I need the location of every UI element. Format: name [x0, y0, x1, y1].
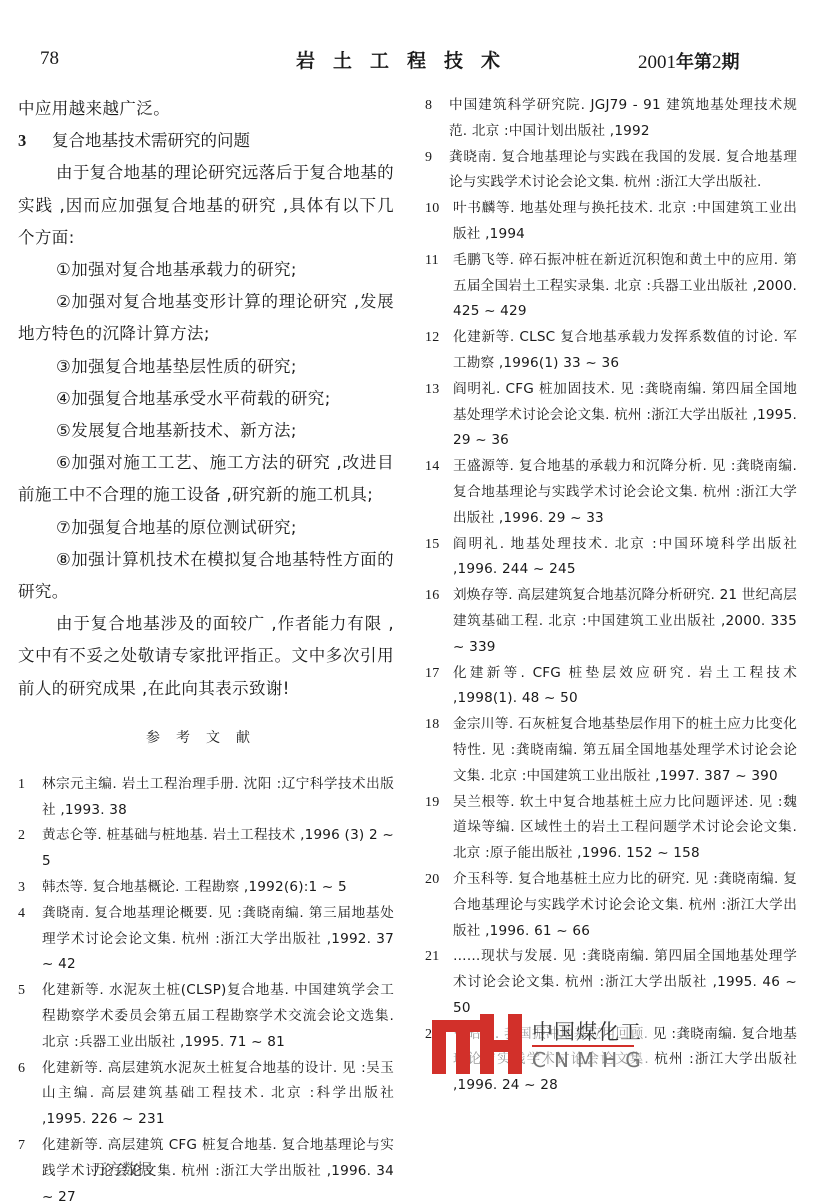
section-heading: 3复合地基技术需研究的问题 — [18, 125, 394, 157]
wanfang-watermark: 万方数据 — [92, 1158, 152, 1179]
reference-item: 5化建新等. 水泥灰土桩(CLSP)复合地基. 中国建筑学会工程勘察学术委员会第… — [18, 978, 394, 1055]
reference-item: 13阎明礼. CFG 桩加固技术. 见 :龚晓南编. 第四届全国地基处理学术讨论… — [425, 377, 797, 454]
page-header: 78 岩土工程技术 2001年第2期 — [0, 48, 830, 78]
reference-item: 15阎明礼. 地基处理技术. 北京 :中国环境科学出版社 ,1996. 244 … — [425, 532, 797, 584]
reference-item: 2黄志仑等. 桩基础与桩地基. 岩土工程技术 ,1996 (3) 2 ~ 5 — [18, 823, 394, 875]
reference-text: 阎明礼. 地基处理技术. 北京 :中国环境科学出版社 ,1996. 244 ~ … — [453, 536, 797, 578]
section-number: 3 — [18, 125, 52, 157]
reference-text: 龚晓南. 复合地基理论概要. 见 :龚晓南编. 第三届地基处理学术讨论会论文集.… — [42, 905, 394, 973]
reference-number: 14 — [425, 454, 439, 480]
reference-item: 18金宗川等. 石灰桩复合地基垫层作用下的桩土应力比变化特性. 见 :龚晓南编.… — [425, 712, 797, 789]
reference-item: 1林宗元主编. 岩土工程治理手册. 沈阳 :辽宁科学技术出版社 ,1993. 3… — [18, 772, 394, 824]
reference-number: 5 — [18, 978, 25, 1004]
reference-text: ……现状与发展. 见 :龚晓南编. 第四届全国地基处理学术讨论会论文集. 杭州 … — [453, 948, 797, 1016]
reference-text: 刘焕存等. 高层建筑复合地基沉降分析研究. 21 世纪高层建筑基础工程. 北京 … — [453, 587, 797, 655]
reference-number: 1 — [18, 772, 25, 798]
reference-number: 13 — [425, 377, 439, 403]
journal-title: 岩土工程技术 — [296, 46, 518, 73]
reference-number: 7 — [18, 1133, 25, 1159]
logo-divider — [532, 1045, 634, 1047]
mh-logo-icon — [432, 1014, 522, 1074]
reference-item: 14王盛源等. 复合地基的承载力和沉降分析. 见 :龚晓南编. 复合地基理论与实… — [425, 454, 797, 531]
reference-item: 17化建新等. CFG 桩垫层效应研究. 岩土工程技术 ,1998(1). 48… — [425, 661, 797, 713]
reference-item: 12化建新等. CLSC 复合地基承载力发挥系数值的讨论. 军工勘察 ,1996… — [425, 325, 797, 377]
reference-item: 4龚晓南. 复合地基理论概要. 见 :龚晓南编. 第三届地基处理学术讨论会论文集… — [18, 901, 394, 978]
reference-number: 10 — [425, 196, 439, 222]
research-item-1: ①加强对复合地基承载力的研究; — [18, 254, 394, 286]
reference-item: 20介玉科等. 复合地基桩土应力比的研究. 见 :龚晓南编. 复合地基理论与实践… — [425, 867, 797, 944]
reference-item: 11毛鹏飞等. 碎石振冲桩在新近沉积饱和黄土中的应用. 第五届全国岩土工程实录集… — [425, 248, 797, 325]
reference-text: 介玉科等. 复合地基桩土应力比的研究. 见 :龚晓南编. 复合地基理论与实践学术… — [453, 871, 797, 939]
reference-text: 中国建筑科学研究院. JGJ79 - 91 建筑地基处理技术规范. 北京 :中国… — [449, 97, 797, 139]
reference-item: 7化建新等. 高层建筑 CFG 桩复合地基. 复合地基理论与实践学术讨论会论文集… — [18, 1133, 394, 1203]
reference-item: 10叶书麟等. 地基处理与换托技术. 北京 :中国建筑工业出版社 ,1994 — [425, 196, 797, 248]
research-item-3: ③加强复合地基垫层性质的研究; — [18, 351, 394, 383]
reference-text: 化建新等. CFG 桩垫层效应研究. 岩土工程技术 ,1998(1). 48 ~… — [453, 665, 797, 707]
reference-number: 19 — [425, 790, 439, 816]
issue-label-year: 年第 — [676, 52, 712, 73]
reference-text: 化建新等. CLSC 复合地基承载力发挥系数值的讨论. 军工勘察 ,1996(1… — [453, 329, 797, 371]
reference-text: 黄志仑等. 桩基础与桩地基. 岩土工程技术 ,1996 (3) 2 ~ 5 — [42, 827, 394, 869]
reference-text: 阎明礼. CFG 桩加固技术. 见 :龚晓南编. 第四届全国地基处理学术讨论会论… — [453, 381, 797, 449]
reference-number: 20 — [425, 867, 439, 893]
reference-number: 18 — [425, 712, 439, 738]
page-number: 78 — [40, 48, 59, 70]
issue-label-period: 期 — [722, 52, 740, 73]
reference-item: 16刘焕存等. 高层建筑复合地基沉降分析研究. 21 世纪高层建筑基础工程. 北… — [425, 583, 797, 660]
reference-item: 8中国建筑科学研究院. JGJ79 - 91 建筑地基处理技术规范. 北京 :中… — [425, 93, 797, 145]
reference-text: 毛鹏飞等. 碎石振冲桩在新近沉积饱和黄土中的应用. 第五届全国岩土工程实录集. … — [453, 252, 797, 320]
reference-number: 2 — [18, 823, 25, 849]
reference-text: 叶书麟等. 地基处理与换托技术. 北京 :中国建筑工业出版社 ,1994 — [453, 200, 797, 242]
reference-text: 韩杰等. 复合地基概论. 工程勘察 ,1992(6):1 ~ 5 — [42, 879, 347, 895]
research-item-4: ④加强复合地基承受水平荷载的研究; — [18, 383, 394, 415]
reference-text: 化建新等. 水泥灰土桩(CLSP)复合地基. 中国建筑学会工程勘察学术委员会第五… — [42, 982, 394, 1050]
reference-item: 6化建新等. 高层建筑水泥灰土桩复合地基的设计. 见 :吴玉山主编. 高层建筑基… — [18, 1056, 394, 1133]
right-column: 8中国建筑科学研究院. JGJ79 - 91 建筑地基处理技术规范. 北京 :中… — [425, 93, 797, 1099]
reference-number: 8 — [425, 93, 432, 119]
reference-number: 15 — [425, 532, 439, 558]
reference-text: 龚晓南. 复合地基理论与实践在我国的发展. 复合地基理论与实践学术讨论会论文集.… — [449, 149, 797, 191]
continuation-paragraph: 中应用越来越广泛。 — [18, 93, 394, 125]
reference-number: 4 — [18, 901, 25, 927]
research-item-5: ⑤发展复合地基新技术、新方法; — [18, 415, 394, 447]
research-item-2: ②加强对复合地基变形计算的理论研究 ,发展地方特色的沉降计算方法; — [18, 286, 394, 350]
cnmhg-logo: 中国煤化工 CNMHG — [432, 1014, 652, 1074]
reference-text: 林宗元主编. 岩土工程治理手册. 沈阳 :辽宁科学技术出版社 ,1993. 38 — [42, 776, 394, 818]
reference-number: 6 — [18, 1056, 25, 1082]
issue-year: 2001 — [638, 52, 676, 73]
reference-item: 3韩杰等. 复合地基概论. 工程勘察 ,1992(6):1 ~ 5 — [18, 875, 394, 901]
reference-text: 金宗川等. 石灰桩复合地基垫层作用下的桩土应力比变化特性. 见 :龚晓南编. 第… — [453, 716, 797, 784]
closing-paragraph: 由于复合地基涉及的面较广 ,作者能力有限 ,文中有不妥之处敬请专家批评指正。文中… — [18, 608, 394, 705]
reference-item: 9龚晓南. 复合地基理论与实践在我国的发展. 复合地基理论与实践学术讨论会论文集… — [425, 145, 797, 197]
reference-text: 化建新等. 高层建筑水泥灰土桩复合地基的设计. 见 :吴玉山主编. 高层建筑基础… — [42, 1060, 394, 1128]
reference-number: 17 — [425, 661, 439, 687]
issue-label: 2001年第2期 — [638, 48, 740, 74]
left-column: 中应用越来越广泛。 3复合地基技术需研究的问题 由于复合地基的理论研究远落后于复… — [18, 93, 394, 1203]
research-item-8: ⑧加强计算机技术在模拟复合地基特性方面的研究。 — [18, 544, 394, 608]
intro-paragraph: 由于复合地基的理论研究远落后于复合地基的实践 ,因而应加强复合地基的研究 ,具体… — [18, 157, 394, 254]
research-item-6: ⑥加强对施工工艺、施工方法的研究 ,改进目前施工中不合理的施工设备 ,研究新的施… — [18, 447, 394, 511]
reference-number: 11 — [425, 248, 439, 274]
reference-text: 吴兰根等. 软土中复合地基桩土应力比问题评述. 见 :魏道垛等编. 区域性土的岩… — [453, 794, 797, 862]
reference-number: 21 — [425, 944, 439, 970]
reference-item: 19吴兰根等. 软土中复合地基桩土应力比问题评述. 见 :魏道垛等编. 区域性土… — [425, 790, 797, 867]
logo-english-text: CNMHG — [532, 1048, 649, 1072]
reference-number: 12 — [425, 325, 439, 351]
reference-text: 王盛源等. 复合地基的承载力和沉降分析. 见 :龚晓南编. 复合地基理论与实践学… — [453, 458, 797, 526]
reference-number: 9 — [425, 145, 432, 171]
reference-number: 16 — [425, 583, 439, 609]
references-title: 参考文献 — [18, 726, 394, 750]
research-item-7: ⑦加强复合地基的原位测试研究; — [18, 512, 394, 544]
issue-number: 2 — [712, 52, 722, 73]
logo-chinese-text: 中国煤化工 — [532, 1016, 642, 1046]
section-title: 复合地基技术需研究的问题 — [52, 131, 250, 150]
reference-number: 3 — [18, 875, 25, 901]
reference-item: 21……现状与发展. 见 :龚晓南编. 第四届全国地基处理学术讨论会论文集. 杭… — [425, 944, 797, 1021]
